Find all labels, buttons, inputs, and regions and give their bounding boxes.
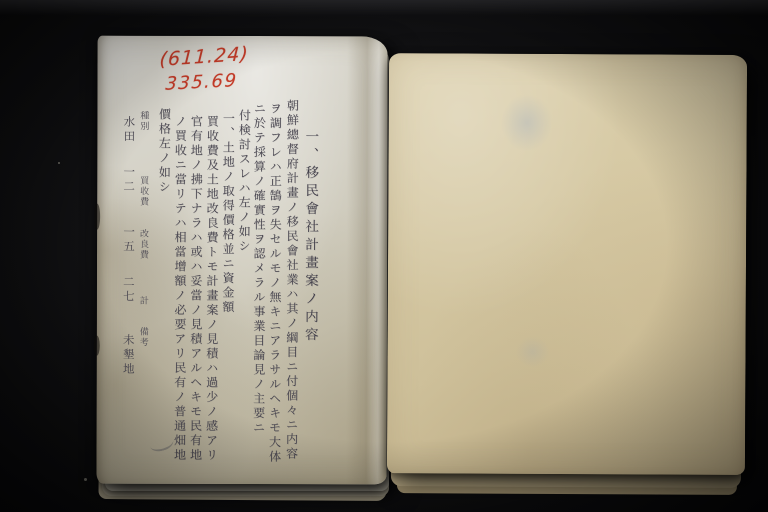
- call-number-annotation: 335.69: [165, 70, 238, 95]
- table-value: 二七: [120, 276, 136, 305]
- call-number-annotation: (611.24): [159, 43, 249, 71]
- table-label: 計: [138, 296, 151, 307]
- torn-edge-notch: [94, 204, 100, 230]
- table-value: 一二: [120, 166, 136, 195]
- heading-column: 一、移民會社計畫案ノ内容: [300, 129, 321, 345]
- text-column: 買收費及土地改良費トモ計畫案ノ見積ハ過少ノ感アリ: [203, 115, 221, 463]
- text-column: 付検討スレハ左ノ如シ: [236, 109, 253, 254]
- text-column: 官有地ノ拂下ナラハ或ハ妥當ノ見積アルヘキモ民有地: [187, 115, 205, 463]
- ink-smudge: [515, 336, 549, 368]
- table-value: 一五: [120, 226, 136, 255]
- text-column: 一、土地ノ取得價格並ニ資金額: [220, 112, 238, 315]
- ink-smudge: [501, 94, 553, 152]
- table-value: 水田: [120, 116, 136, 145]
- table-label: 備考: [138, 327, 151, 348]
- blank-page: [387, 53, 747, 475]
- table-label: 改良費: [138, 229, 151, 261]
- text-column: ヲ調フレハ正鵠ヲ失セルモノ無キニアラサルヘキモ大体: [266, 102, 284, 465]
- dust-speck: [84, 478, 87, 481]
- dust-speck: [58, 162, 60, 164]
- torn-edge-notch: [94, 336, 100, 356]
- text-column: ノ買收ニ當リテハ相當增額ノ必要アリ民有ノ普通畑地: [171, 115, 189, 463]
- archival-photo: (611.24) 335.69 一、移民會社計畫案ノ内容 朝鮮總督府計畫ノ移民會…: [0, 0, 768, 512]
- table-label: 種別: [138, 111, 151, 132]
- text-column: 價格左ノ如シ: [156, 108, 173, 195]
- document-cover-page: (611.24) 335.69 一、移民會社計畫案ノ内容 朝鮮總督府計畫ノ移民會…: [96, 36, 387, 485]
- table-value: 未墾地: [120, 334, 136, 378]
- text-column: 朝鮮總督府計畫ノ移民會社業ハ其ノ綱目ニ付個々ニ内容: [283, 99, 301, 462]
- table-label: 買收費: [138, 176, 151, 208]
